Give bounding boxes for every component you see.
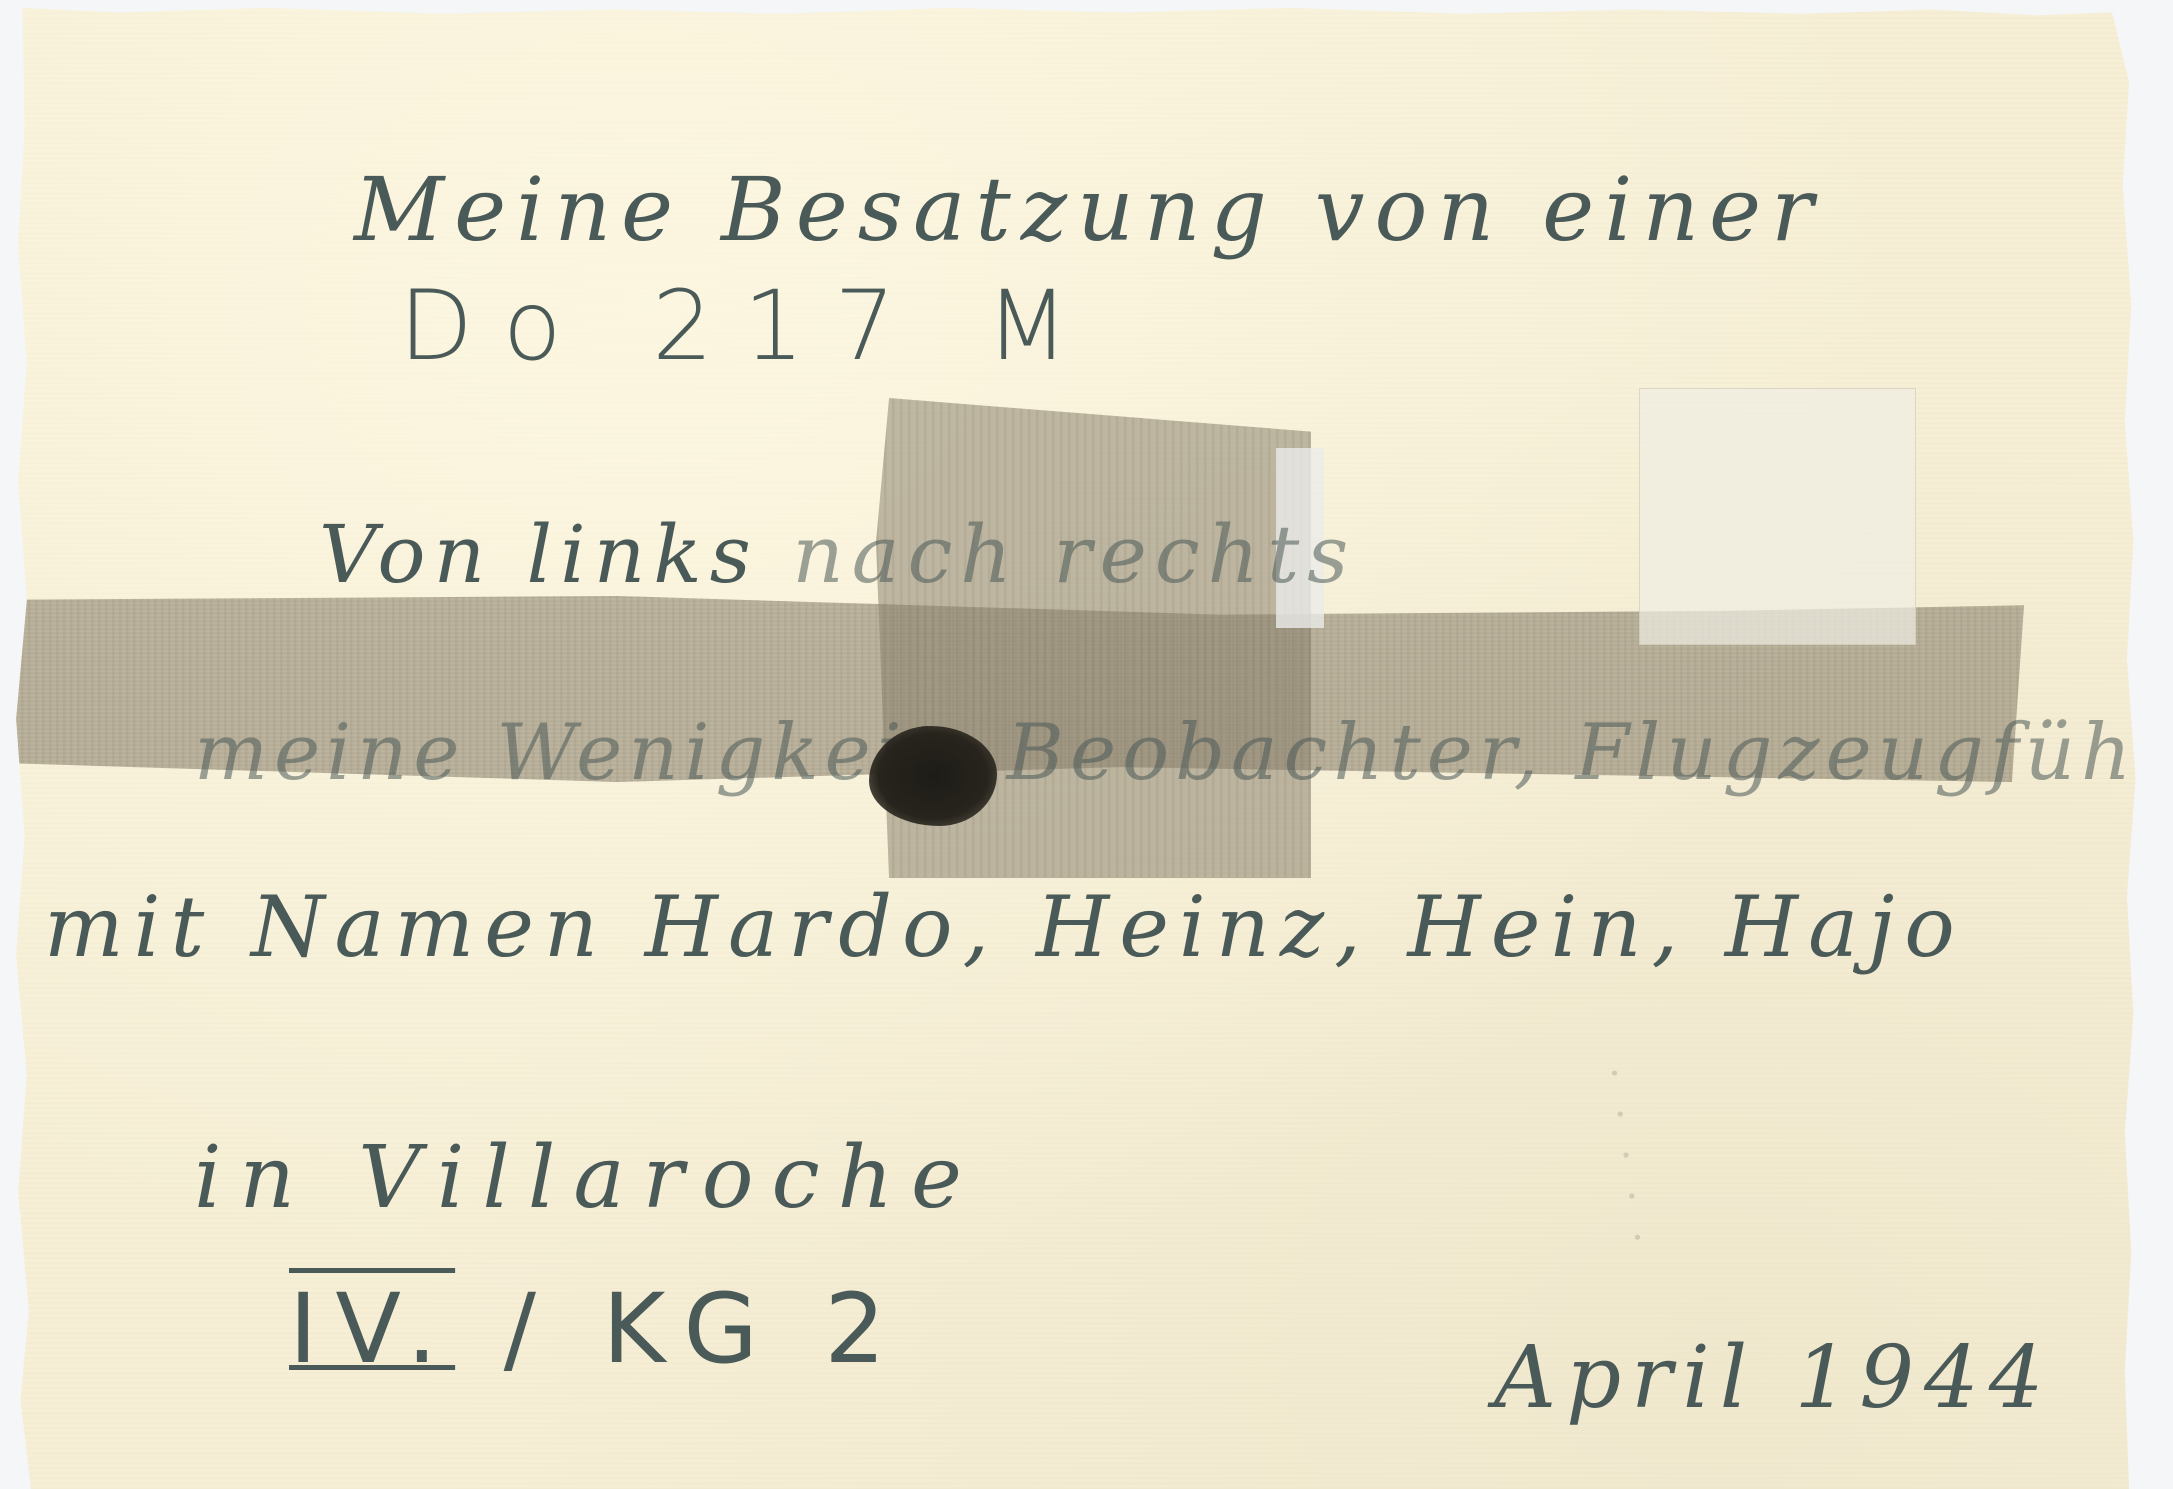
order-visible-text: Von links bbox=[319, 508, 759, 601]
line-crew-intro: Meine Besatzung von einer bbox=[354, 158, 1823, 261]
unit-roman-numeral: IV. bbox=[289, 1273, 455, 1385]
faint-stamp-mark: · · · · · bbox=[1556, 1064, 1671, 1333]
line-unit: IV. / KG 2 bbox=[289, 1273, 903, 1385]
line-crew-roles: meine Wenigkeit, Beobachter, Flugzeugfüh… bbox=[194, 708, 2173, 798]
order-obscured-text: nach rechts bbox=[792, 508, 1356, 601]
unit-designation: / KG 2 bbox=[504, 1273, 904, 1385]
line-crew-names: mit Namen Hardo, Heinz, Hein, Hajo bbox=[44, 878, 1965, 976]
photo-back-card: Meine Besatzung von einer Do 217 M Von l… bbox=[14, 8, 2144, 1489]
tape-residue-clear bbox=[1639, 388, 1916, 645]
line-date: April 1944 bbox=[1494, 1328, 2053, 1428]
ink-blot-stain bbox=[869, 726, 997, 826]
line-order: Von links nach rechts bbox=[319, 508, 1356, 601]
line-location: in Villaroche bbox=[194, 1128, 980, 1228]
line-aircraft: Do 217 M bbox=[399, 270, 1099, 382]
